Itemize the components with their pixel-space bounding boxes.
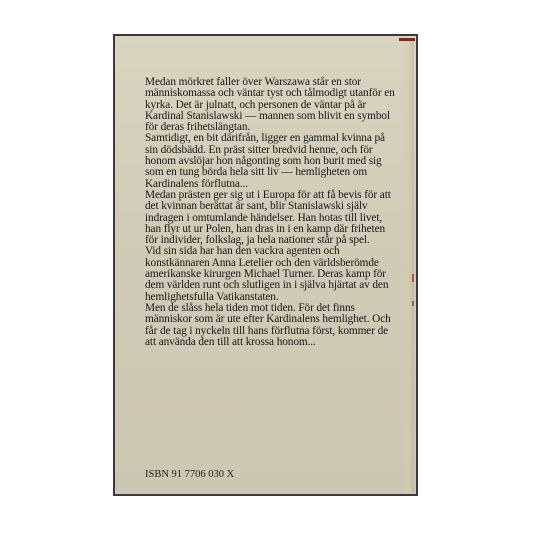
blurb-paragraph: Samtidigt, en bit därifrån, ligger en ga… — [145, 133, 395, 189]
edge-mark — [412, 301, 414, 306]
blurb-paragraph: Men de slåss hela tiden mot tiden. För d… — [145, 303, 395, 348]
blurb-paragraph: Vid sin sida har han den vackra agenten … — [145, 246, 395, 302]
book-back-cover: Medan mörkret faller över Warszawa står … — [113, 34, 418, 496]
blurb-text: Medan mörkret faller över Warszawa står … — [145, 77, 395, 348]
blurb-paragraph: Medan mörkret faller över Warszawa står … — [145, 77, 395, 133]
blurb-paragraph: Medan prästen ger sig ut i Europa för at… — [145, 190, 395, 246]
isbn-number: ISBN 91 7706 030 X — [145, 469, 234, 480]
spine-edge — [399, 38, 415, 41]
edge-mark — [412, 274, 414, 282]
